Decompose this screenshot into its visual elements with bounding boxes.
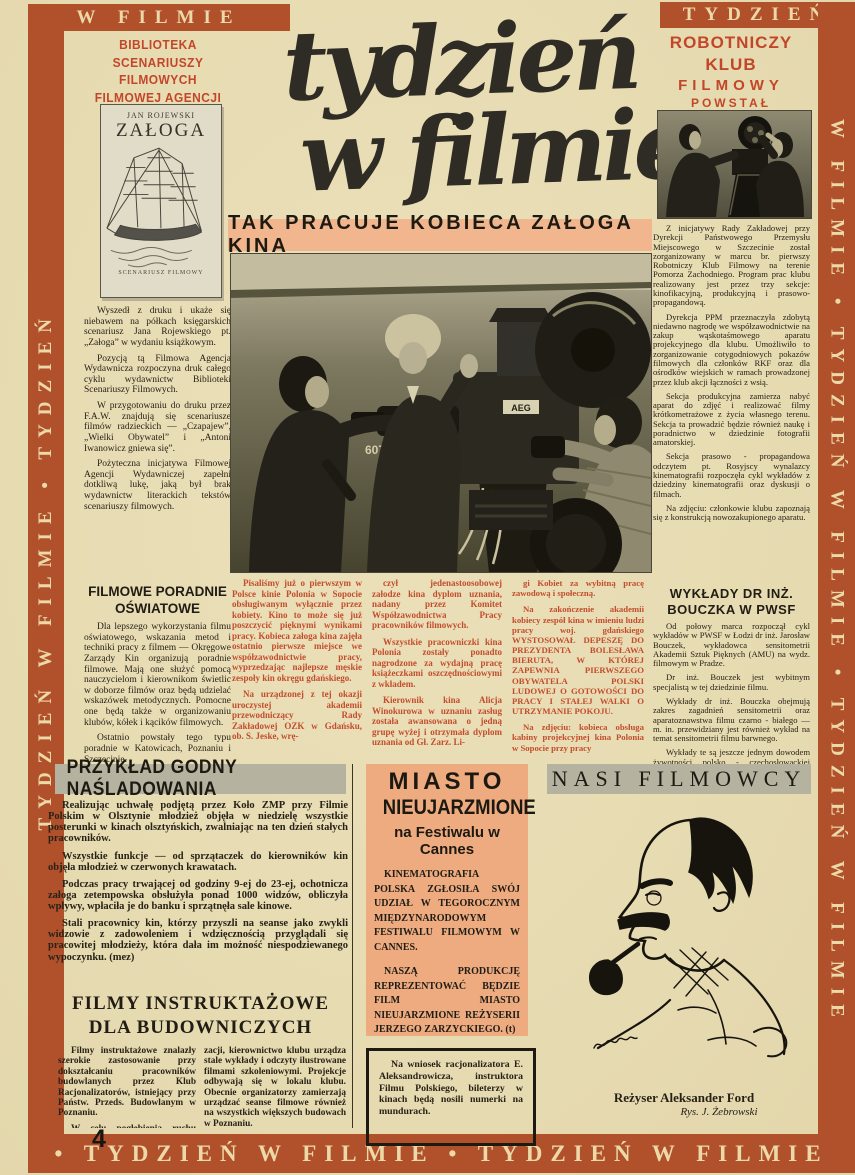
miasto-title-line1: MIASTO	[374, 768, 520, 796]
szczecin-heading-line2: FILMOWY	[650, 76, 812, 96]
filmy-heading: FILMY INSTRUKTAŻOWE DLA BUDOWNICZYCH	[55, 992, 346, 1040]
miasto-subtitle: na Festiwalu w Cannes	[374, 824, 520, 858]
projector-brand-label: AEG	[511, 403, 531, 413]
left-article-paragraph: Pożyteczna inicjatywa Filmowej Agencji W…	[84, 459, 231, 512]
caption-paragraph: Na zakończenie akademii kobiecy zespół k…	[512, 604, 644, 716]
library-header-line2: SCENARIUSZY FILMOWYCH	[84, 54, 231, 89]
library-header-line1: BIBLIOTEKA	[84, 36, 231, 54]
caption-paragraph: Kierownik kina Alicja Winokurowa w uznan…	[372, 695, 502, 748]
filmy-heading-line1: FILMY INSTRUKTAŻOWE	[55, 992, 346, 1016]
wyklady-heading-line1: WYKŁADY DR INŻ.	[653, 586, 810, 602]
caption-paragraph: Na urządzonej z tej okazji uroczystej ak…	[232, 689, 362, 742]
filmy-column-2: zacji, kierownictwo klubu urządza stale …	[204, 1046, 346, 1128]
masthead-title-line2: w filmie	[299, 101, 691, 201]
caricature-caption-name: Reżyser Aleksander Ford	[558, 1090, 810, 1106]
przyklad-paragraph: Wszystkie funkcje — od sprzątaczek do ki…	[48, 851, 348, 873]
book-cover: JAN ROJEWSKI ZAŁOGA SCENARIUSZ FILMOWY	[100, 104, 222, 298]
poradnie-heading-line1: FILMOWE PORADNIE	[84, 584, 231, 601]
book-title: ZAŁOGA	[105, 120, 217, 142]
border-left-text: TYDZIEŃ W FILMIE • TYDZIEŃ	[35, 310, 57, 830]
caption-column-3: gi Kobiet za wybitną pracę zawodową i sp…	[512, 578, 644, 762]
szczecin-paragraph: Z inicjatywy Rady Zakładowej przy Dyrekc…	[653, 224, 810, 308]
szczecin-photo	[657, 110, 812, 219]
newspaper-page: W FILMIE TYDZIEŃ TYDZIEŃ W FILMIE • TYDZ…	[0, 0, 855, 1175]
przyklad-body: Realizując uchwałę podjętą przez Koło ZM…	[48, 800, 348, 986]
main-headline-banner: TAK PRACUJE KOBIECA ZAŁOGA KINA	[228, 219, 652, 251]
book-author: JAN ROJEWSKI	[105, 111, 217, 120]
note-box: Na wniosek racjonalizatora E. Aleksandro…	[366, 1048, 536, 1146]
border-right: W FILMIE • TYDZIEŃ W FILMIE • TYDZIEŃ W …	[818, 2, 855, 1142]
filmy-heading-line2: DLA BUDOWNICZYCH	[55, 1016, 346, 1040]
caricature-caption-artist: Rys. J. Żebrowski	[628, 1106, 810, 1118]
miasto-box: MIASTO NIEUJARZMIONE na Festiwalu w Cann…	[366, 764, 528, 1036]
wyklady-heading-line2: BOUCZKA W PWSF	[653, 602, 810, 618]
wyklady-heading: WYKŁADY DR INŻ. BOUCZKA W PWSF	[653, 586, 810, 619]
wyklady-paragraph: Wykłady dr inż. Bouczka obejmują zakres …	[653, 697, 810, 743]
left-article-paragraph: Pozycją tą Filmowa Agencja Wydawnicza ro…	[84, 354, 231, 397]
wyklady-paragraph: Dr inż. Bouczek jest wybitnym specjalist…	[653, 673, 810, 692]
filmy-paragraph: zacji, kierownictwo klubu urządza stale …	[204, 1046, 346, 1128]
caption-paragraph: Wszystkie pracowniczki kina Polonia zost…	[372, 637, 502, 690]
main-photo-illustration: AEG 607.	[231, 254, 651, 572]
border-top-right-text: TYDZIEŃ	[683, 4, 833, 26]
main-headline: TAK PRACUJE KOBIECA ZAŁOGA KINA	[228, 212, 652, 258]
border-top-left-text: W FILMIE	[76, 7, 241, 29]
book-footer: SCENARIUSZ FILMOWY	[105, 270, 217, 276]
szczecin-paragraph: Dyrekcja PPM przeznaczyła zdobytą niedaw…	[653, 313, 810, 387]
poradnie-heading: FILMOWE PORADNIE OŚWIATOWE	[84, 584, 231, 618]
note-box-text: Na wniosek racjonalizatora E. Aleksandro…	[379, 1059, 523, 1118]
main-photo: AEG 607.	[230, 253, 652, 573]
szczecin-paragraph: Sekcja produkcyjna zamierza nabyć aparat…	[653, 392, 810, 448]
przyklad-paragraph: Stali pracownicy kin, którzy przyszli na…	[48, 918, 348, 963]
left-article-paragraph: W przygotowaniu do druku przez F.A.W. zn…	[84, 401, 231, 454]
miasto-paragraph: NASZĄ PRODUKCJĘ REPREZENTOWAĆ BĘDZIE FIL…	[374, 965, 520, 1038]
miasto-title-line2: NIEUJARZMIONE	[383, 796, 511, 820]
szczecin-article: Z inicjatywy Rady Zakładowej przy Dyrekc…	[653, 224, 810, 584]
filmy-paragraph: Filmy instruktażowe znalazły szerokie za…	[58, 1046, 196, 1119]
wyklady-paragraph: Od połowy marca rozpoczął cykl wykładów …	[653, 622, 810, 668]
caption-paragraph: Na zdjęciu: kobieca obsługa kabiny proje…	[512, 722, 644, 753]
caption-paragraph: czył jedenastoosobowej załodze kina dypl…	[372, 578, 502, 631]
left-column-article: Wyszedł z druku i ukaże się niebawem na …	[84, 306, 231, 582]
szczecin-paragraph: Sekcja prasowo - propagandowa odczytem p…	[653, 452, 810, 498]
filmy-paragraph: W celu pogłębienia ruchu współzawodnictw…	[58, 1124, 196, 1128]
nasi-heading: NASI FILMOWCY	[552, 766, 807, 792]
przyklad-paragraph: Podczas pracy trwającej od godziny 9-ej …	[48, 879, 348, 912]
ship-illustration	[105, 142, 213, 270]
przyklad-heading: PRZYKŁAD GODNY NAŚLADOWANIA	[67, 757, 335, 801]
caption-column-2: czył jedenastoosobowej załodze kina dypl…	[372, 578, 502, 762]
przyklad-paragraph: Realizując uchwałę podjętą przez Koło ZM…	[48, 800, 348, 845]
szczecin-photo-illustration	[658, 111, 811, 218]
caricature-caption: Reżyser Aleksander Ford Rys. J. Żebrowsk…	[558, 1090, 810, 1118]
przyklad-heading-banner: PRZYKŁAD GODNY NAŚLADOWANIA	[55, 764, 346, 794]
caricature	[558, 798, 810, 1090]
szczecin-heading-line1: ROBOTNICZY KLUB	[650, 32, 812, 76]
miasto-body: KINEMATOGRAFIA POLSKA ZGŁOSIŁA SWÓJ UDZI…	[374, 868, 520, 1038]
caption-column-1: Pisaliśmy już o pierwszym w Polsce kinie…	[232, 578, 362, 762]
szczecin-heading-line3: POWSTAŁ	[650, 96, 812, 112]
caption-paragraph: Pisaliśmy już o pierwszym w Polsce kinie…	[232, 578, 362, 683]
page-number: 4	[92, 1125, 106, 1154]
szczecin-paragraph: Na zdjęciu: członkowie klubu zapoznają s…	[653, 504, 810, 523]
poradnie-paragraph: Dla lepszego wykorzystania filmu oświato…	[84, 622, 231, 728]
nasi-heading-banner: NASI FILMOWCY	[547, 764, 811, 794]
border-right-text: W FILMIE • TYDZIEŃ W FILMIE • TYDZIEŃ W …	[826, 119, 848, 1026]
filmy-column-1: Filmy instruktażowe znalazły szerokie za…	[58, 1046, 196, 1128]
caricature-illustration	[558, 798, 810, 1090]
poradnie-heading-line2: OŚWIATOWE	[84, 601, 231, 618]
miasto-paragraph: KINEMATOGRAFIA POLSKA ZGŁOSIŁA SWÓJ UDZI…	[374, 868, 520, 955]
caption-paragraph: gi Kobiet za wybitną pracę zawodową i sp…	[512, 578, 644, 598]
border-top-left: W FILMIE	[28, 4, 290, 31]
left-article-paragraph: Wyszedł z druku i ukaże się niebawem na …	[84, 306, 231, 349]
column-rule	[352, 764, 353, 1128]
